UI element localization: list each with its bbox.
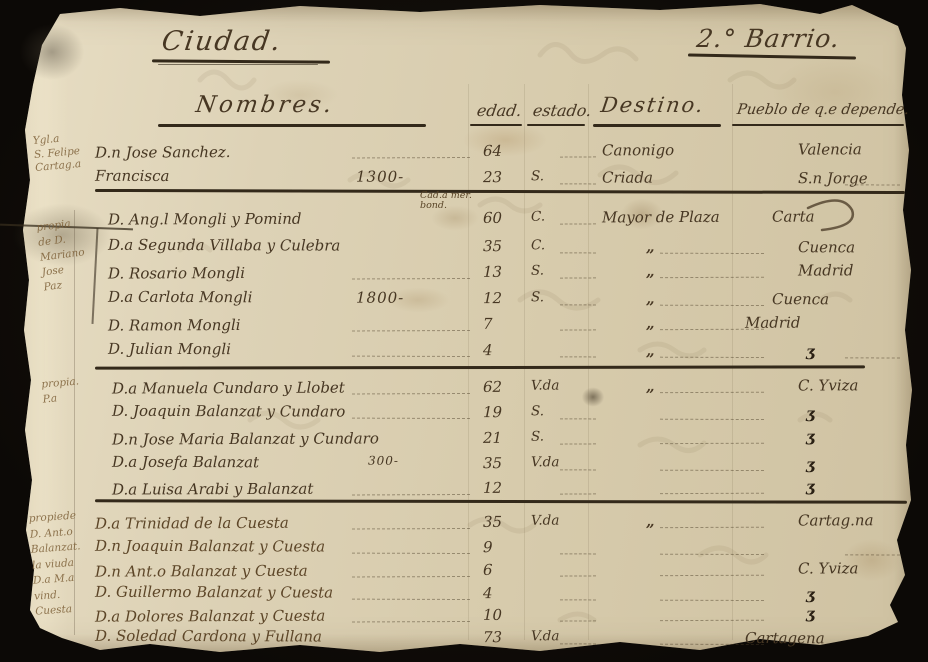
age-value: 9 — [483, 538, 493, 556]
column-underline — [470, 124, 522, 126]
leader-line — [560, 598, 596, 600]
leader-line — [560, 642, 596, 644]
leader-line — [660, 418, 764, 420]
pueblo-value: Madrid — [745, 314, 801, 332]
pueblo-value: Carta — [772, 207, 815, 225]
column-header-nombres: Nombres. — [194, 92, 336, 118]
person-name: D.a Luisa Arabi y Balanzat — [112, 480, 313, 499]
leader-line — [352, 527, 470, 530]
person-name: D. Rosario Mongli — [108, 264, 245, 283]
leader-line — [560, 155, 596, 157]
estado-value: V.da — [531, 628, 559, 644]
leader-line — [660, 469, 764, 471]
column-underline — [158, 124, 426, 127]
table-row: D. Ramon Mongli 7 „ Madrid — [0, 313, 928, 341]
age-value: 64 — [483, 142, 502, 160]
amount-note: 300- — [368, 454, 399, 468]
person-name: D.n Joaquin Balanzat y Cuesta — [95, 537, 325, 556]
leader-line — [660, 442, 764, 444]
person-name: D. Joaquin Balanzat y Cundaro — [112, 402, 345, 421]
leader-line — [352, 575, 470, 578]
column-underline — [593, 124, 721, 127]
amount-note: 1300- — [356, 168, 404, 186]
person-name: D.a Segunda Villaba y Culebra — [108, 236, 340, 255]
estado-value: S. — [531, 168, 544, 184]
table-row: D.a Trinidad de la Cuesta 35 V.da „ Cart… — [0, 511, 928, 539]
person-name: D.a Carlota Mongli — [108, 288, 252, 307]
pueblo-value: Valencia — [798, 140, 862, 158]
table-row: D. Ang.l Mongli y Pomind 60 C. Mayor de … — [0, 207, 928, 235]
leader-line — [845, 356, 900, 358]
age-value: 21 — [483, 429, 502, 447]
leader-line — [560, 574, 596, 576]
person-name: D.n Ant.o Balanzat y Cuesta — [95, 562, 308, 581]
ditto-mark: „ — [646, 377, 655, 395]
leader-line — [560, 468, 596, 470]
leader-line — [560, 417, 596, 419]
person-name: D. Ang.l Mongli y Pomind — [108, 210, 302, 229]
age-value: 12 — [483, 479, 502, 497]
table-row: D. Soledad Cardona y Fullana 73 V.da Car… — [0, 626, 928, 653]
age-value: 12 — [483, 289, 502, 307]
page-title-city: Ciudad. — [160, 26, 284, 57]
age-value: 60 — [483, 209, 502, 227]
column-header-pueblo: Pueblo de q.e depende. — [736, 102, 910, 118]
destino-value: Criada — [602, 168, 653, 186]
leader-line — [660, 304, 764, 306]
estado-value: S. — [531, 403, 544, 419]
person-name: D.a Dolores Balanzat y Cuesta — [95, 607, 325, 626]
pueblo-ditto-mark: ʒ — [806, 342, 815, 360]
table-row: D.a Carlota Mongli 1800- 12 S. „ Cuenca — [0, 287, 928, 314]
leader-line — [352, 598, 470, 600]
leader-line — [660, 619, 764, 621]
leader-line — [352, 552, 470, 554]
person-name: D. Ramon Mongli — [108, 316, 241, 335]
person-name: D.a Manuela Cundaro y Llobet — [112, 379, 345, 398]
pueblo-value: Cuenca — [798, 238, 855, 256]
person-name: D. Julian Mongli — [108, 340, 231, 358]
age-value: 7 — [483, 315, 493, 333]
column-underline — [527, 124, 585, 126]
page-title-district: 2.° Barrio. — [695, 24, 842, 53]
age-value: 35 — [483, 513, 502, 531]
age-value: 4 — [483, 584, 493, 602]
pueblo-ditto-mark: ʒ — [806, 585, 815, 603]
age-value: 6 — [483, 561, 493, 579]
person-name: D.n Jose Sanchez. — [95, 143, 231, 162]
leader-line — [352, 277, 470, 280]
person-name: D. Guillermo Balanzat y Cuesta — [95, 583, 333, 602]
pueblo-value: C. Yviza — [798, 376, 859, 394]
column-header-destino: Destino. — [599, 93, 706, 117]
age-value: 10 — [483, 606, 502, 624]
estado-value: V.da — [531, 454, 559, 470]
age-value: 62 — [483, 378, 502, 396]
table-row: D.n Jose Sanchez. 64 Canonigo Valencia — [0, 140, 928, 168]
leader-line — [660, 526, 764, 528]
column-header-edad: edad. — [476, 101, 523, 120]
age-value: 19 — [483, 403, 502, 421]
pueblo-value: Cuenca — [772, 290, 829, 308]
person-name: Francisca — [95, 167, 169, 185]
pueblo-ditto-mark: ʒ — [806, 427, 815, 445]
title-underline — [158, 64, 318, 65]
column-underline — [732, 124, 904, 126]
table-row: D. Julian Mongli 4 „ ʒ — [0, 339, 928, 366]
ditto-mark: „ — [646, 314, 655, 332]
estado-value: C. — [531, 209, 545, 225]
ditto-mark: „ — [646, 512, 655, 530]
pueblo-value: Cartagena — [745, 629, 825, 647]
age-value: 4 — [483, 341, 493, 359]
leader-line — [660, 252, 764, 254]
age-value: 35 — [483, 237, 502, 255]
leader-line — [560, 619, 596, 621]
pueblo-value: C. Yviza — [798, 559, 859, 577]
leader-line — [560, 355, 596, 357]
table-row: D. Rosario Mongli 13 S. „ Madrid — [0, 261, 928, 289]
table-row: D. Joaquin Balanzat y Cundaro 19 S. ʒ — [0, 401, 928, 428]
pueblo-value: Madrid — [798, 261, 854, 279]
leader-line — [560, 328, 596, 330]
person-name: D.a Trinidad de la Cuesta — [95, 514, 289, 533]
leader-line — [560, 492, 596, 494]
destino-value: Mayor de Plaza — [602, 208, 720, 227]
leader-line — [560, 552, 596, 554]
leader-line — [845, 183, 900, 185]
pueblo-value: Cartag.na — [798, 511, 874, 529]
leader-line — [660, 492, 764, 494]
age-value: 73 — [483, 628, 502, 646]
leader-line — [660, 553, 764, 555]
estado-value: S. — [531, 289, 544, 305]
leader-line — [352, 329, 470, 332]
leader-line — [352, 493, 470, 496]
pueblo-ditto-mark: ʒ — [806, 455, 815, 473]
scan-background: Ciudad. 2.° Barrio. Nombres. edad. estad… — [0, 0, 928, 662]
leader-line — [660, 276, 764, 278]
leader-line — [660, 356, 764, 358]
leader-line — [560, 222, 596, 224]
leader-line — [352, 355, 470, 357]
leader-line — [560, 303, 596, 305]
leader-line — [560, 182, 596, 184]
leader-line — [660, 574, 764, 576]
pueblo-ditto-mark: ʒ — [806, 404, 815, 422]
estado-value: V.da — [531, 513, 559, 529]
age-value: 13 — [483, 263, 502, 281]
table-row: D.a Manuela Cundaro y Llobet 62 V.da „ C… — [0, 376, 928, 404]
leader-line — [352, 392, 470, 395]
estado-value: C. — [531, 237, 545, 253]
estado-value: S. — [531, 263, 544, 279]
estado-value: V.da — [531, 378, 559, 394]
column-header-estado: estado. — [532, 101, 593, 120]
table-row: D.n Jose Maria Balanzat y Cundaro 21 S. … — [0, 427, 928, 455]
person-name: D.n Jose Maria Balanzat y Cundaro — [112, 429, 379, 448]
leader-line — [352, 620, 470, 623]
leader-line — [352, 417, 470, 419]
leader-line — [352, 156, 470, 159]
pueblo-ditto-mark: ʒ — [806, 604, 815, 622]
ditto-mark: „ — [646, 342, 655, 360]
age-value: 35 — [483, 454, 502, 472]
person-name: D.a Josefa Balanzat — [112, 453, 259, 472]
table-row: D.a Josefa Balanzat 300- 35 V.da ʒ — [0, 452, 928, 479]
destino-value: Canonigo — [602, 141, 674, 159]
age-value: 23 — [483, 168, 502, 186]
leader-line — [560, 251, 596, 253]
ditto-mark: „ — [646, 262, 655, 280]
leader-line — [660, 599, 764, 601]
ditto-mark: „ — [646, 238, 655, 256]
estado-value: S. — [531, 429, 544, 445]
ditto-mark: „ — [646, 290, 655, 308]
amount-note: 1800- — [356, 289, 404, 307]
leader-line — [660, 391, 764, 393]
person-name: D. Soledad Cardona y Fullana — [95, 627, 322, 646]
leader-line — [560, 276, 596, 278]
leader-line — [560, 442, 596, 444]
table-row: D.a Segunda Villaba y Culebra 35 C. „ Cu… — [0, 235, 928, 262]
pueblo-ditto-mark: ʒ — [806, 477, 815, 495]
leader-line — [845, 553, 900, 555]
